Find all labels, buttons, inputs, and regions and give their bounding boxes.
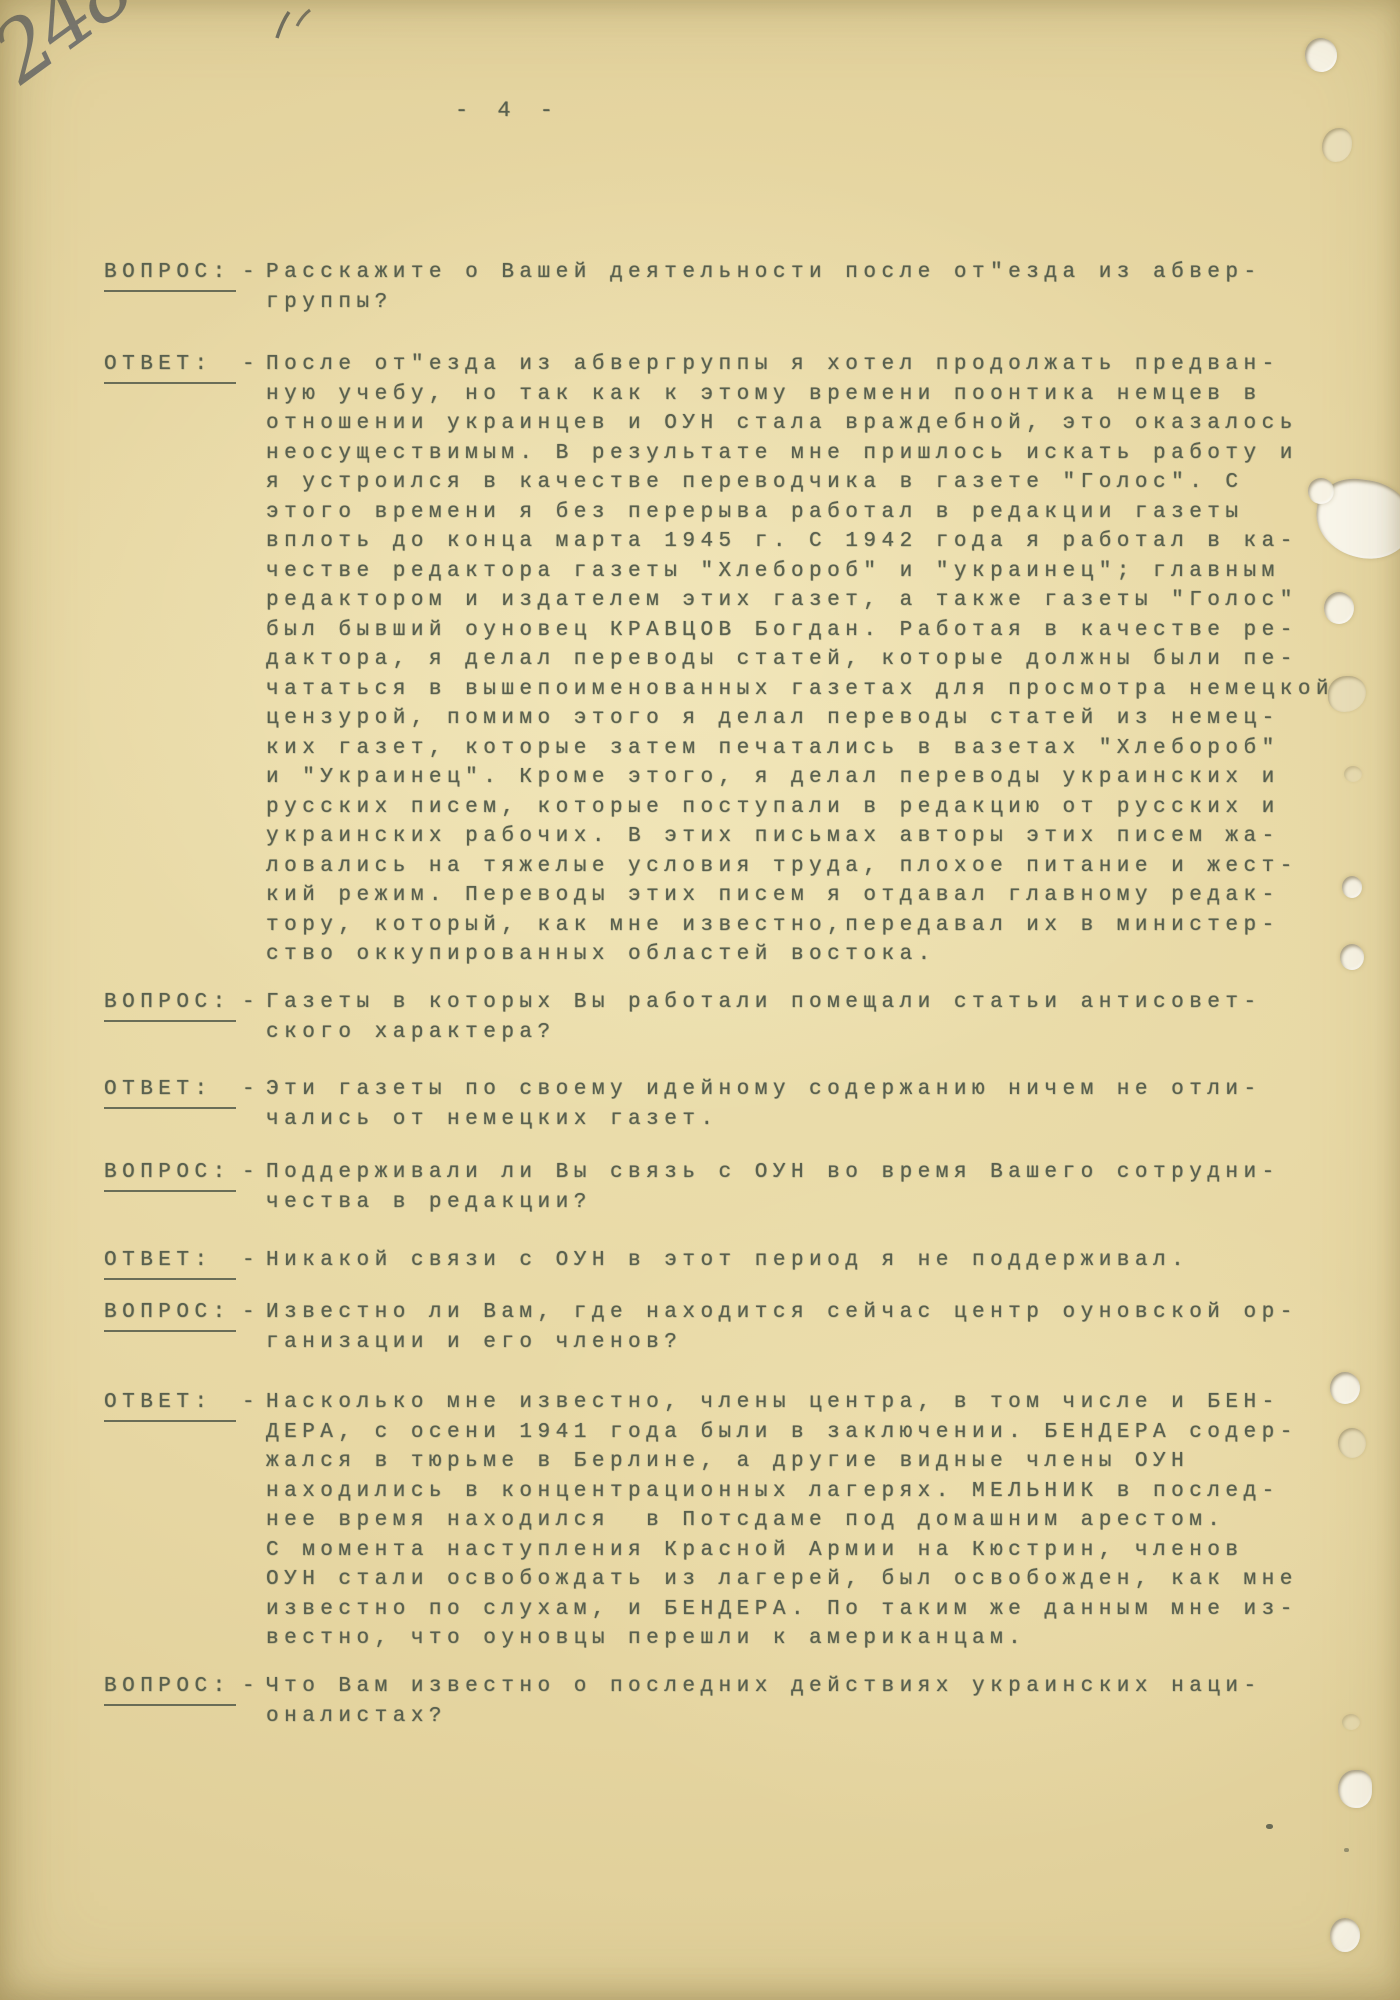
question-text: Расскажите о Вашей деятельности после от… [266, 258, 1364, 317]
answer-text: Насколько мне известно, члены центра, в … [266, 1388, 1364, 1654]
dash: - [236, 1672, 266, 1702]
text-line: отношении украинцев и ОУН стала враждебн… [266, 409, 1364, 439]
stray-ink-marks [270, 4, 322, 52]
question-block: ВОПРОС: - Известно ли Вам, где находится… [104, 1298, 1364, 1357]
text-line: Никакой связи с ОУН в этот период я не п… [266, 1246, 1364, 1276]
document-page: 248б - 4 - ВОПРОС: - Расскажите о Вашей … [0, 0, 1400, 2000]
answer-text: Никакой связи с ОУН в этот период я не п… [266, 1246, 1364, 1276]
text-line: группы? [266, 288, 1364, 318]
text-line: находились в концентрационных лагерях. М… [266, 1477, 1364, 1507]
question-text: Поддерживали ли Вы связь с ОУН во время … [266, 1158, 1364, 1217]
punch-hole [1338, 1428, 1366, 1458]
page-number: - 4 - [448, 96, 568, 126]
text-line: Что Вам известно о последних действиях у… [266, 1672, 1364, 1702]
dash: - [236, 1075, 266, 1105]
text-line: неосуществимым. В результате мне пришлос… [266, 439, 1364, 469]
answer-label: ОТВЕТ: [104, 1075, 236, 1109]
answer-text: Эти газеты по своему идейному содержанию… [266, 1075, 1364, 1134]
punch-hole [1344, 766, 1362, 782]
dash: - [236, 258, 266, 288]
question-label: ВОПРОС: [104, 1298, 236, 1332]
dash: - [236, 1246, 266, 1276]
punch-hole [1308, 478, 1334, 504]
punch-hole [1342, 1714, 1360, 1730]
text-line: ную учебу, но так как к этому времени по… [266, 380, 1364, 410]
ink-speck [1266, 1824, 1273, 1829]
text-line: цензурой, помимо этого я делал переводы … [266, 704, 1364, 734]
text-line: Газеты в которых Вы работали помещали ст… [266, 988, 1364, 1018]
text-line: кий режим. Переводы этих писем я отдавал… [266, 881, 1364, 911]
dash: - [236, 988, 266, 1018]
question-block: ВОПРОС: - Расскажите о Вашей деятельност… [104, 258, 1364, 317]
text-line: дактора, я делал переводы статей, которы… [266, 645, 1364, 675]
answer-block: ОТВЕТ: - Никакой связи с ОУН в этот пери… [104, 1246, 1364, 1280]
text-line: редактором и издателем этих газет, а так… [266, 586, 1364, 616]
text-line: известно по слухам, и БЕНДЕРА. По таким … [266, 1595, 1364, 1625]
text-line: Расскажите о Вашей деятельности после от… [266, 258, 1364, 288]
question-block: ВОПРОС: - Газеты в которых Вы работали п… [104, 988, 1364, 1047]
text-line: ОУН стали освобождать из лагерей, был ос… [266, 1565, 1364, 1595]
dash: - [236, 350, 266, 380]
text-line: ство оккупированных областей востока. [266, 940, 1364, 970]
text-line: ганизации и его членов? [266, 1328, 1364, 1358]
dash: - [236, 1158, 266, 1188]
text-line: я устроился в качестве переводчика в газ… [266, 468, 1364, 498]
text-line: чались от немецких газет. [266, 1105, 1364, 1135]
text-line: После от"езда из абвергруппы я хотел про… [266, 350, 1364, 380]
ink-speck [1344, 1848, 1349, 1852]
answer-block: ОТВЕТ: - Эти газеты по своему идейному с… [104, 1075, 1364, 1134]
text-line: ДЕРА, с осени 1941 года были в заключени… [266, 1418, 1364, 1448]
punch-hole [1330, 1918, 1360, 1952]
text-line: жался в тюрьме в Берлине, а другие видны… [266, 1447, 1364, 1477]
dash: - [236, 1388, 266, 1418]
text-line: тору, который, как мне известно,передава… [266, 911, 1364, 941]
text-line: нее время находился в Потсдаме под домаш… [266, 1506, 1364, 1536]
punch-hole [1338, 1770, 1372, 1808]
question-label: ВОПРОС: [104, 988, 236, 1022]
punch-hole [1342, 876, 1362, 898]
answer-label: ОТВЕТ: [104, 350, 236, 384]
text-line: вестно, что оуновцы перешли к американца… [266, 1624, 1364, 1654]
text-line: этого времени я без перерыва работал в р… [266, 498, 1364, 528]
question-text: Что Вам известно о последних действиях у… [266, 1672, 1364, 1731]
text-line: был бывший оуновец КРАВЦОВ Богдан. Работ… [266, 616, 1364, 646]
question-text: Газеты в которых Вы работали помещали ст… [266, 988, 1364, 1047]
punch-hole [1330, 1372, 1360, 1404]
answer-text: После от"езда из абвергруппы я хотел про… [266, 350, 1364, 970]
question-label: ВОПРОС: [104, 1158, 236, 1192]
text-line: чататься в вышепоименованных газетах для… [266, 675, 1364, 705]
punch-hole [1324, 592, 1354, 624]
question-label: ВОПРОС: [104, 1672, 236, 1706]
answer-label: ОТВЕТ: [104, 1388, 236, 1422]
question-block: ВОПРОС: - Что Вам известно о последних д… [104, 1672, 1364, 1731]
punch-hole [1303, 36, 1339, 74]
handwritten-page-id: 248б [0, 0, 186, 102]
text-line: вплоть до конца марта 1945 г. С 1942 год… [266, 527, 1364, 557]
answer-block: ОТВЕТ: - После от"езда из абвергруппы я … [104, 350, 1364, 970]
text-line: и "Украинец". Кроме этого, я делал перев… [266, 763, 1364, 793]
question-block: ВОПРОС: - Поддерживали ли Вы связь с ОУН… [104, 1158, 1364, 1217]
question-text: Известно ли Вам, где находится сейчас це… [266, 1298, 1364, 1357]
punch-hole [1322, 128, 1352, 162]
answer-label: ОТВЕТ: [104, 1246, 236, 1280]
text-line: оналистах? [266, 1702, 1364, 1732]
question-label: ВОПРОС: [104, 258, 236, 292]
text-line: Насколько мне известно, члены центра, в … [266, 1388, 1364, 1418]
text-line: Эти газеты по своему идейному содержанию… [266, 1075, 1364, 1105]
text-line: чества в редакции? [266, 1188, 1364, 1218]
text-line: честве редактора газеты "Хлебороб" и "ук… [266, 557, 1364, 587]
text-line: Известно ли Вам, где находится сейчас це… [266, 1298, 1364, 1328]
text-line: русских писем, которые поступали в редак… [266, 793, 1364, 823]
text-line: ких газет, которые затем печатались в ва… [266, 734, 1364, 764]
answer-block: ОТВЕТ: - Насколько мне известно, члены ц… [104, 1388, 1364, 1654]
text-line: Поддерживали ли Вы связь с ОУН во время … [266, 1158, 1364, 1188]
text-line: ского характера? [266, 1018, 1364, 1048]
text-line: ловались на тяжелые условия труда, плохо… [266, 852, 1364, 882]
text-line: С момента наступления Красной Армии на К… [266, 1536, 1364, 1566]
text-line: украинских рабочих. В этих письмах автор… [266, 822, 1364, 852]
dash: - [236, 1298, 266, 1328]
punch-hole [1340, 944, 1364, 970]
